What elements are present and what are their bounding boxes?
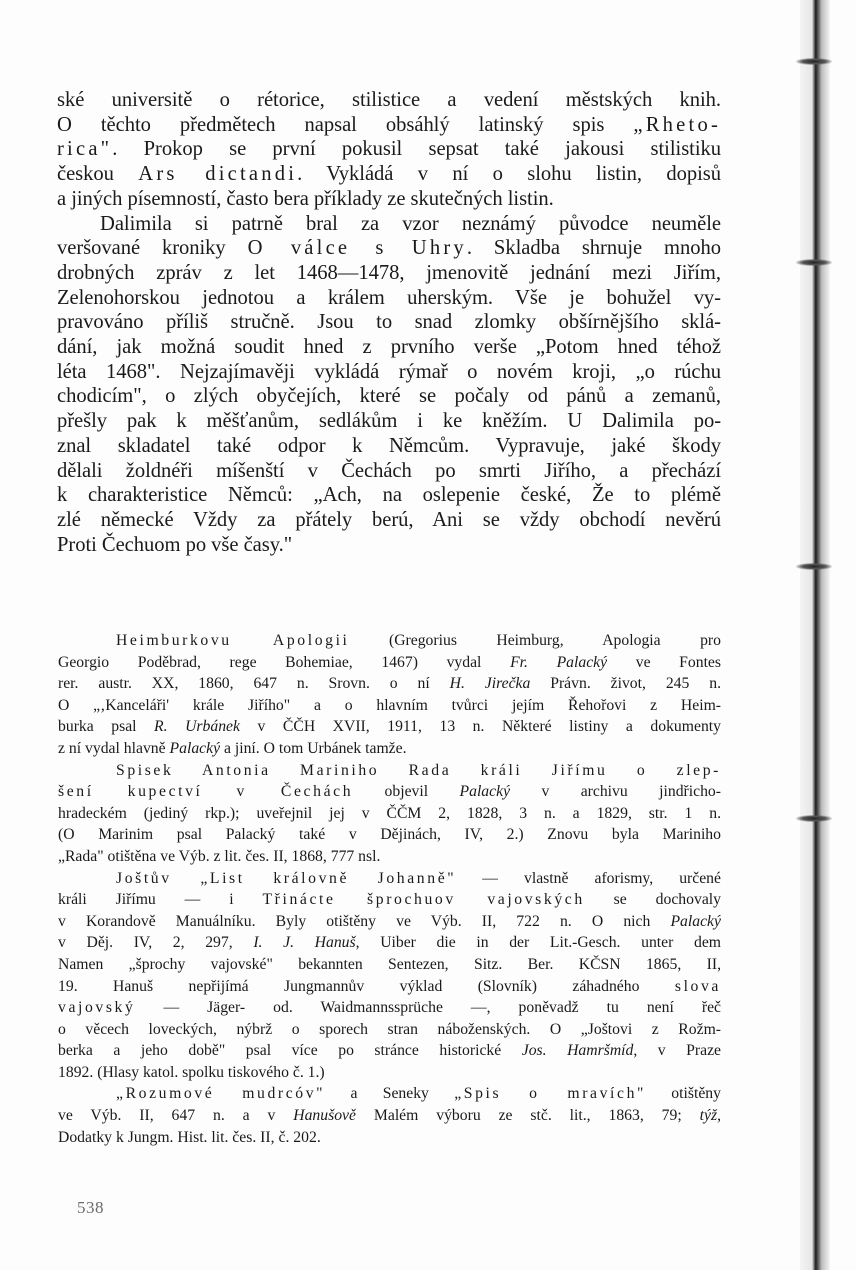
text-run: se dochovaly — [585, 891, 721, 908]
text-line: (O Marinim psal Palacký také v Dějinách,… — [58, 824, 721, 846]
book-binding-edge — [800, 0, 830, 1270]
text-run: ve Výb. II, 647 n. a v — [58, 1107, 293, 1124]
italic-author: I. J. Hanuš — [253, 934, 355, 951]
text-run: přešly pak k měšťanům, sedlákům i ke kně… — [57, 410, 721, 432]
text-line: O „‚Kanceláři' krále Jiřího" a o hlavním… — [58, 695, 721, 717]
text-run: , — [717, 1107, 721, 1124]
text-line: Spisek Antonia Mariniho Rada králi Jiřím… — [58, 760, 721, 782]
binding-stitch — [796, 563, 832, 570]
text-line: českou Ars dictandi. Vykládá v ní o sloh… — [57, 162, 721, 187]
text-run: O „‚Kanceláři' krále Jiřího" a o hlavním… — [58, 697, 721, 714]
text-line: k charakteristice Němců: „Ach, na oslepe… — [57, 483, 721, 508]
text-run: ské universitě o rétorice, stilistice a … — [57, 89, 721, 111]
spaced-title: O válce s Uhry — [248, 237, 467, 259]
text-line: králi Jiřímu — i Třinácte šprochuov vajo… — [58, 889, 721, 911]
text-line: o věcech loveckých, nýbrž o sporech stra… — [58, 1019, 721, 1041]
spaced-title: rica" — [57, 138, 112, 160]
text-line: v Děj. IV, 2, 297, I. J. Hanuš, Uiber di… — [58, 932, 721, 954]
binding-stitch — [796, 259, 832, 266]
text-line: zlé německé Vždy za přátely berú, Ani se… — [57, 508, 721, 533]
text-line: rica". Prokop se první pokusil sepsat ta… — [57, 137, 721, 162]
text-run: 19. Hanuš nepřijímá Jungmannův výklad (S… — [58, 978, 675, 995]
text-line: Georgio Poděbrad, rege Bohemiae, 1467) v… — [58, 652, 721, 674]
text-line: dělali žoldnéři míšenští v Čechách po sm… — [57, 459, 721, 484]
text-line: v Korandově Manuálníku. Byly otištěny ve… — [58, 911, 721, 933]
text-line: ve Výb. II, 647 n. a v Hanušově Malém vý… — [58, 1105, 721, 1127]
text-line: dání, jak možná soudit hned z prvního ve… — [57, 335, 721, 360]
text-run: v Korandově Manuálníku. Byly otištěny ve… — [58, 913, 670, 930]
text-line: Zelenohorskou jednotou a králem uherským… — [57, 286, 721, 311]
text-line: Dalimila si patrně bral za vzor neznámý … — [57, 212, 721, 237]
text-run: hradeckém (jediný rkp.); uveřejnil jej v… — [58, 805, 721, 822]
text-run: , v Praze — [633, 1042, 721, 1059]
text-run: českou — [57, 163, 138, 185]
text-line: „Rozumové mudrcóv" a Seneky „Spis o mrav… — [58, 1083, 721, 1105]
text-run: Dodatky k Jungm. Hist. lit. čes. II, č. … — [58, 1129, 321, 1146]
binding-stitch — [796, 815, 832, 822]
text-run: „Rada" otištěna ve Výb. z lit. čes. II, … — [58, 848, 380, 865]
text-run: . Vykládá v ní o slohu listin, dopisů — [297, 163, 721, 185]
spaced-title: vajovský — [58, 999, 135, 1016]
text-line: z ní vydal hlavně Palacký a jiní. O tom … — [58, 738, 721, 760]
text-run: léta 1468". Nejzajímavěji vykládá rýmař … — [57, 361, 721, 383]
text-run: objevil — [353, 783, 459, 800]
text-line: drobných zpráv z let 1468—1478, jmenovit… — [57, 261, 721, 286]
page-number: 538 — [77, 1198, 104, 1218]
text-run: zlé německé Vždy za přátely berú, Ani se… — [57, 509, 721, 531]
text-run: 1892. (Hlasy katol. spolku tiskového č. … — [58, 1064, 325, 1081]
text-run: a jiní. O tom Urbánek tamže. — [220, 740, 406, 757]
text-run: z ní vydal hlavně — [58, 740, 170, 757]
spaced-title: Heimburkovu Apologii — [116, 632, 350, 649]
text-line: 1892. (Hlasy katol. spolku tiskového č. … — [58, 1062, 721, 1084]
text-run: Namen „šprochy vajovské" bekannten Sente… — [58, 956, 721, 973]
text-run: burka psal — [58, 718, 154, 735]
spaced-title: slova — [675, 978, 721, 995]
text-run: O těchto předmětech napsal obsáhlý latin… — [57, 114, 633, 136]
spaced-title: „Rozumové mudrcóv" — [116, 1085, 325, 1102]
text-run: (O Marinim psal Palacký také v Dějinách,… — [58, 826, 721, 843]
text-line: rer. austr. XX, 1860, 647 n. Srovn. o ní… — [58, 673, 721, 695]
text-line: znal skladatel také odpor k Němcům. Vypr… — [57, 434, 721, 459]
text-run: o věcech loveckých, nýbrž o sporech stra… — [58, 1021, 721, 1038]
italic-author: H. Jirečka — [450, 675, 531, 692]
text-line: a jiných písemností, často bera příklady… — [57, 187, 721, 212]
text-run: rer. austr. XX, 1860, 647 n. Srovn. o ní — [58, 675, 450, 692]
text-line: berka a jeho době" psal více po stránce … — [58, 1040, 721, 1062]
text-line: přešly pak k měšťanům, sedlákům i ke kně… — [57, 409, 721, 434]
text-line: Namen „šprochy vajovské" bekannten Sente… — [58, 954, 721, 976]
text-line: chodicím", o zlých obyčejích, které se p… — [57, 384, 721, 409]
text-line: burka psal R. Urbánek v ČČH XVII, 1911, … — [58, 716, 721, 738]
text-run: veršované kroniky — [57, 237, 248, 259]
text-run: v ČČH XVII, 1911, 13 n. Některé listiny … — [240, 718, 721, 735]
text-run: dání, jak možná soudit hned z prvního ve… — [57, 336, 721, 358]
text-line: ské universitě o rétorice, stilistice a … — [57, 88, 721, 113]
text-run: — vlastně aforismy, určené — [456, 870, 721, 887]
text-run: v archivu jindřicho- — [510, 783, 721, 800]
text-line: Proti Čechuom po vše časy." — [57, 533, 721, 558]
italic-author: Hanušově — [293, 1107, 356, 1124]
text-run: králi Jiřímu — i — [58, 891, 263, 908]
main-body-text: ské universitě o rétorice, stilistice a … — [57, 88, 721, 557]
spaced-title: šení kupectví v Čechách — [58, 783, 353, 800]
text-run: — Jäger- od. Waidmannssprüche —, poněvad… — [135, 999, 721, 1016]
text-run: , Uiber die in der Lit.-Gesch. unter dem — [356, 934, 721, 951]
text-run: otištěny — [646, 1085, 721, 1102]
italic-author: Fr. Palacký — [510, 654, 607, 671]
text-run: drobných zpráv z let 1468—1478, jmenovit… — [57, 262, 721, 284]
italic-author: týž — [700, 1107, 717, 1124]
binding-stitch — [796, 58, 832, 65]
text-run: berka a jeho době" psal více po stránce … — [58, 1042, 522, 1059]
text-run: a jiných písemností, často bera příklady… — [57, 188, 554, 210]
text-run: . Prokop se první pokusil sepsat také ja… — [112, 138, 721, 160]
text-run: k charakteristice Němců: „Ach, na oslepe… — [57, 484, 721, 506]
text-run: Zelenohorskou jednotou a králem uherským… — [57, 287, 721, 309]
text-line: Joštův „List královně Johanně" — vlastně… — [58, 868, 721, 890]
spaced-title: Ars dictandi — [138, 163, 297, 185]
text-line: šení kupectví v Čechách objevil Palacký … — [58, 781, 721, 803]
text-run: chodicím", o zlých obyčejích, které se p… — [57, 385, 721, 407]
italic-author: Palacký — [670, 913, 721, 930]
text-run: pravováno příliš stručně. Jsou to snad z… — [57, 311, 721, 333]
text-run: Právn. život, 245 n. — [530, 675, 721, 692]
italic-author: R. Urbánek — [154, 718, 240, 735]
text-run: ve Fontes — [607, 654, 721, 671]
text-line: pravováno příliš stručně. Jsou to snad z… — [57, 310, 721, 335]
text-run: . Skladba shrnuje mnoho — [467, 237, 721, 259]
text-line: hradeckém (jediný rkp.); uveřejnil jej v… — [58, 803, 721, 825]
text-line: veršované kroniky O válce s Uhry. Skladb… — [57, 236, 721, 261]
text-run: Proti Čechuom po vše časy." — [57, 534, 292, 556]
italic-author: Palacký — [170, 740, 221, 757]
text-line: Dodatky k Jungm. Hist. lit. čes. II, č. … — [58, 1127, 721, 1149]
text-run: Malém výboru ze stč. lit., 1863, 79; — [356, 1107, 700, 1124]
text-line: Heimburkovu Apologii (Gregorius Heimburg… — [58, 630, 721, 652]
spaced-title: „Rheto- — [633, 114, 721, 136]
italic-author: Palacký — [460, 783, 511, 800]
spaced-title: Joštův „List královně Johanně" — [116, 870, 456, 887]
spaced-title: „Spis o mravích" — [454, 1085, 646, 1102]
text-line: O těchto předmětech napsal obsáhlý latin… — [57, 113, 721, 138]
text-line: léta 1468". Nejzajímavěji vykládá rýmař … — [57, 360, 721, 385]
text-run: (Gregorius Heimburg, Apologia pro — [350, 632, 721, 649]
spaced-title: Třinácte šprochuov vajovských — [263, 891, 585, 908]
text-run: v Děj. IV, 2, 297, — [58, 934, 253, 951]
spaced-title: Spisek Antonia Mariniho Rada králi Jiřím… — [116, 762, 721, 779]
text-run: dělali žoldnéři míšenští v Čechách po sm… — [57, 460, 721, 482]
text-line: vajovský — Jäger- od. Waidmannssprüche —… — [58, 997, 721, 1019]
text-line: 19. Hanuš nepřijímá Jungmannův výklad (S… — [58, 976, 721, 998]
text-run: Georgio Poděbrad, rege Bohemiae, 1467) v… — [58, 654, 510, 671]
bibliographic-notes: Heimburkovu Apologii (Gregorius Heimburg… — [58, 630, 721, 1148]
book-page: ské universitě o rétorice, stilistice a … — [0, 0, 856, 1270]
text-run: znal skladatel také odpor k Němcům. Vypr… — [57, 435, 721, 457]
text-run: Dalimila si patrně bral za vzor neznámý … — [100, 213, 721, 235]
text-line: „Rada" otištěna ve Výb. z lit. čes. II, … — [58, 846, 721, 868]
italic-author: Jos. Hamršmíd — [522, 1042, 634, 1059]
text-run: a Seneky — [325, 1085, 454, 1102]
